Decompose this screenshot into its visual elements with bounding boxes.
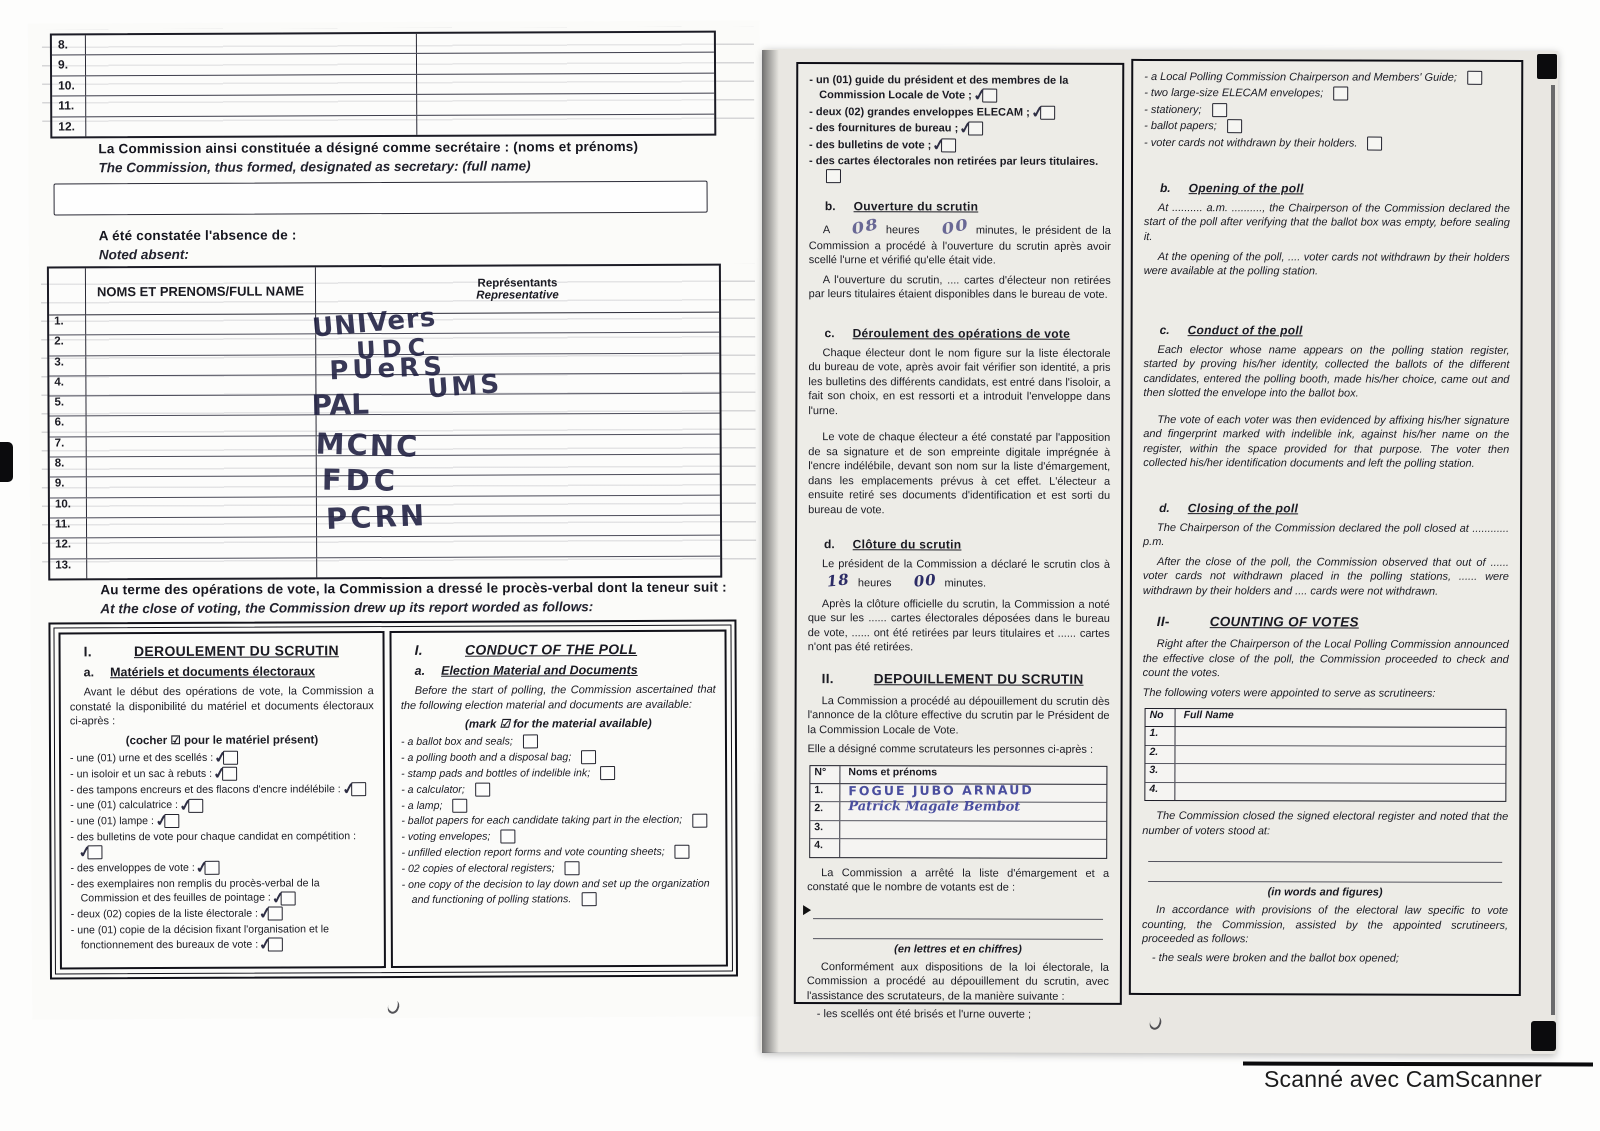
heading-letter: d. [824, 537, 835, 551]
heading-letter: d. [1159, 501, 1170, 515]
closing-paragraph-fr: Le président de la Commission a déclaré … [808, 557, 1110, 592]
material-item-label: - des cartes électorales non retirées pa… [809, 155, 1098, 168]
empty-name-cell [86, 355, 316, 375]
handwritten-party: PAL [311, 388, 369, 422]
row-number: 2. [49, 336, 86, 355]
checkbox [675, 845, 690, 859]
checkbox [968, 122, 983, 136]
material-item: - une (01) calculatrice : [70, 797, 374, 813]
checkbox [205, 861, 220, 875]
scrutineers-header: No Full Name [1146, 709, 1506, 728]
answer-line [813, 921, 1103, 940]
table-row: 12. [52, 114, 714, 136]
checkbox [600, 766, 615, 780]
empty-cell [86, 115, 417, 136]
row-number: 9. [52, 56, 86, 76]
material-item-label: - voter cards not withdrawn by their hol… [1144, 137, 1357, 150]
scrutineer-name: Patrick Magale Bembot [840, 799, 1106, 817]
mark-note-en: (mark ☑ for the material available) [401, 716, 716, 731]
header-representative-fr: Représentants [477, 277, 557, 289]
header-name: Noms et prénoms [840, 766, 1106, 784]
empty-name-cell [87, 456, 317, 476]
scrutineer-name [840, 821, 1106, 839]
material-item-label: - unfilled election report forms and vot… [401, 846, 664, 859]
answer-lines-en [1142, 844, 1508, 883]
material-item-label: - one copy of the decision to lay down a… [402, 877, 710, 905]
row-number: 1. [49, 315, 86, 334]
material-item: - une (01) copie de la décision fixant l… [71, 922, 375, 953]
conduct-heading-en: c. Conduct of the poll [1144, 322, 1510, 337]
checkbox [475, 783, 490, 797]
answer-line [813, 901, 1103, 920]
opening-paragraph-fr: A 08 heures 00 minutes, le président de … [809, 219, 1111, 269]
row-number: 9. [50, 478, 87, 497]
empty-name-cell [86, 335, 316, 355]
right-page: - un (01) guide du président et des memb… [761, 49, 1559, 1054]
material-item: - 02 copies of electoral registers; [401, 860, 716, 876]
empty-cell [86, 54, 417, 75]
header-names: NOMS ET PRENOMS/FULL NAME [86, 267, 316, 314]
representative-cell [316, 394, 719, 415]
section-title-en: I. CONDUCT OF THE POLL [401, 641, 716, 658]
scrutineer-row: 2. [1145, 746, 1505, 765]
handwritten-party: PCRN [325, 498, 427, 536]
paragraph-text: minutes. [944, 577, 986, 589]
conduct-paragraph2-fr: Le vote de chaque électeur a été constat… [808, 430, 1110, 518]
material-item-label: - des fournitures de bureau ; [809, 122, 958, 134]
checkbox [982, 89, 997, 103]
material-item-label: - a lamp; [401, 799, 442, 811]
mark-note-fr: (cocher ☑ pour le matériel présent) [70, 732, 374, 747]
section-title-text: CONDUCT OF THE POLL [465, 641, 637, 658]
scan-artifact [0, 442, 13, 482]
heading-letter: c. [1160, 323, 1170, 337]
row-number: 4. [49, 376, 86, 395]
counting-heading-en: II- COUNTING OF VOTES [1143, 614, 1509, 630]
paragraph-text: A [823, 224, 830, 236]
material-item: - des cartes électorales non retirées pa… [809, 154, 1111, 186]
material-item: - des fournitures de bureau ; [809, 121, 1111, 137]
checkbox [452, 798, 467, 812]
checkbox [1467, 71, 1482, 85]
materials-list-top-fr: - un (01) guide du président et des memb… [809, 73, 1111, 186]
row-number: 12. [52, 117, 86, 137]
subsection-title-fr: a. Matériels et documents électoraux [70, 664, 374, 679]
empty-name-cell [86, 396, 316, 416]
materials-list-en: - a ballot box and seals; - a polling bo… [401, 734, 717, 907]
conduct-column-fr: I. DEROULEMENT DU SCRUTIN a. Matériels e… [58, 631, 385, 969]
row-number: 3. [1145, 764, 1175, 782]
material-item: - un (01) guide du président et des memb… [809, 73, 1111, 105]
empty-cell [417, 94, 714, 115]
conformity-paragraph-fr: Conformément aux dispositions de la loi … [807, 960, 1109, 1004]
members-table-continued: 8. 9. 10. [50, 31, 716, 139]
secretary-label-en: The Commission, thus formed, designated … [98, 158, 530, 175]
representative-cell [317, 536, 720, 557]
handwritten-party: UMS [426, 369, 503, 404]
table-row: 10. [52, 73, 714, 96]
empty-name-cell [87, 416, 317, 436]
material-item: - a lamp; [401, 797, 716, 813]
camscanner-credit: Scanné avec CamScanner [1264, 1066, 1542, 1093]
material-item: - a ballot box and seals; [401, 734, 716, 750]
counting-paragraph2-fr: Elle a désigné comme scrutateurs les per… [807, 742, 1109, 757]
row-number: 8. [50, 457, 87, 476]
empty-cell [86, 95, 417, 116]
absent-table-row: 13. [50, 556, 720, 578]
material-item: - stamp pads and bottles of indelible in… [401, 766, 716, 782]
page-spine-shadow [762, 50, 779, 1053]
material-item-label: - a Local Polling Commission Chairperson… [1144, 71, 1457, 84]
material-item-label: - a polling booth and a disposal bag; [401, 751, 571, 764]
opening-heading-en: b. Opening of the poll [1144, 181, 1510, 196]
section-title-fr: I. DEROULEMENT DU SCRUTIN [70, 642, 374, 659]
scrutineer-name [840, 839, 1106, 857]
closing-heading-fr: d. Clôture du scrutin [808, 537, 1110, 552]
checkbox [281, 891, 296, 905]
paragraph-text: heures [886, 224, 920, 236]
checkbox [87, 845, 102, 859]
checkbox [565, 861, 580, 875]
secretary-label-fr: La Commission ainsi constituée a désigné… [98, 139, 638, 156]
scrutineer-name [1175, 764, 1505, 782]
heading-text: COUNTING OF VOTES [1210, 614, 1359, 629]
conduct-column-en: I. CONDUCT OF THE POLL a. Election Mater… [389, 630, 727, 968]
scrutineer-row: 4. [810, 839, 1106, 857]
row-number: 12. [50, 539, 87, 558]
material-item: - des exemplaires non remplis du procès-… [71, 876, 375, 907]
scrutineer-name: FOGUE JUBO ARNAUD [840, 781, 1106, 800]
paragraph-text: heures [858, 577, 892, 589]
seals-bullet-fr: - les scellés ont été brisés et l'urne o… [817, 1008, 1109, 1021]
header-no: No [1146, 709, 1176, 726]
material-item: - a Local Polling Commission Chairperson… [1144, 70, 1510, 86]
material-item-label: - un isoloir et un sac à rebuts : [70, 768, 212, 781]
subsection-title-text: Matériels et documents électoraux [110, 664, 315, 679]
empty-cell [86, 75, 417, 96]
material-item: - unfilled election report forms and vot… [401, 845, 716, 861]
material-item: - voter cards not withdrawn by their hol… [1144, 136, 1510, 152]
empty-cell [417, 73, 714, 94]
scrutineer-row: 4. [1145, 783, 1505, 801]
section-number: I. [415, 642, 423, 658]
scan-artifact [1531, 1021, 1556, 1051]
material-item-label: - deux (02) grandes enveloppes ELECAM ; [809, 106, 1030, 119]
empty-cell [417, 114, 714, 135]
heading-text: Ouverture du scrutin [854, 199, 979, 213]
checkbox [692, 813, 707, 827]
opening-heading-fr: b. Ouverture du scrutin [809, 199, 1111, 214]
absent-label-fr: A été constatée l'absence de : [99, 227, 297, 243]
counting-paragraph1-fr: La Commission a procédé au dépouillement… [808, 694, 1110, 738]
material-item-label: - un (01) guide du président et des memb… [809, 74, 1068, 102]
material-item: - ballot papers for each candidate takin… [401, 813, 716, 829]
materials-intro-en: Before the start of polling, the Commiss… [401, 683, 716, 714]
material-item: - one copy of the decision to lay down a… [402, 876, 717, 907]
row-number: 8. [52, 35, 86, 55]
material-item-label: - stamp pads and bottles of indelible in… [401, 767, 590, 780]
row-number: 4. [1145, 783, 1175, 801]
answer-line [1148, 844, 1502, 863]
row-number: 7. [50, 437, 87, 456]
material-item-label: - une (01) lampe : [70, 815, 154, 827]
opening-paragraph-en: At .......... a.m. .........., the Chair… [1144, 201, 1510, 246]
material-item: - un isoloir et un sac à rebuts : [70, 766, 374, 782]
closing-paragraph2-en: After the close of the poll, the Commiss… [1143, 555, 1509, 600]
subsection-title-text: Election Material and Documents [441, 663, 638, 678]
scrutineer-row: 1. [1145, 727, 1505, 746]
right-column-fr: - un (01) guide du président et des memb… [794, 62, 1124, 1005]
scrutineer-name [1175, 746, 1505, 764]
empty-cell [417, 33, 714, 54]
heading-text: DEPOUILLEMENT DU SCRUTIN [874, 671, 1084, 687]
answer-line [1148, 864, 1502, 883]
material-item-label: - voting envelopes; [401, 831, 490, 843]
counting-paragraph2-en: The following voters were appointed to s… [1143, 686, 1509, 701]
empty-cell [86, 34, 417, 55]
row-number: 6. [50, 417, 87, 436]
empty-name-cell [86, 314, 316, 334]
checkbox [523, 735, 538, 749]
empty-name-cell [87, 538, 317, 558]
checkbox [1367, 136, 1382, 150]
table-row: 8. [52, 33, 714, 56]
table-row: 11. [52, 94, 714, 117]
scanned-document-canvas: 8. 9. 10. [0, 0, 1600, 1131]
material-item: - voting envelopes; [401, 829, 716, 845]
scrutineer-row: 3. [810, 821, 1106, 840]
conduct-of-poll-box: I. DEROULEMENT DU SCRUTIN a. Matériels e… [48, 620, 738, 980]
row-number: 1. [810, 784, 840, 802]
conduct-paragraph1-fr: Chaque électeur dont le nom figure sur l… [808, 346, 1110, 419]
words-figures-fr: (en lettres et en chiffres) [807, 943, 1109, 956]
heading-text: Conduct of the poll [1188, 323, 1303, 337]
scrutineer-name [1175, 727, 1505, 745]
empty-name-cell [87, 497, 317, 517]
material-item-label: - des tampons encreurs et des flacons d'… [70, 783, 341, 796]
subsection-letter: a. [415, 664, 425, 678]
heading-number: II- [1157, 614, 1170, 629]
material-item-label: - une (01) urne et des scellés : [70, 752, 213, 765]
header-no: N° [810, 766, 840, 783]
conduct-paragraph1-en: Each elector whose name appears on the p… [1143, 342, 1509, 401]
fr-scrutineers-table: N° Noms et prénoms 1. FOGUE JUBO ARNAUD … [809, 765, 1107, 859]
material-item-label: - 02 copies of electoral registers; [401, 862, 554, 875]
paragraph-text: Le président de la Commission a déclaré … [822, 558, 1110, 571]
scrutineer-row: 3. [1145, 764, 1505, 783]
voters-count-paragraph-en: The Commission closed the signed elector… [1142, 809, 1508, 839]
row-number: 3. [49, 356, 86, 375]
empty-cell [417, 53, 714, 74]
material-item: - des enveloppes de vote : [70, 860, 374, 876]
material-item: - des bulletins de vote pour chaque cand… [70, 829, 374, 860]
checkbox [581, 750, 596, 764]
answer-lines-fr [807, 901, 1109, 940]
conduct-heading-fr: c. Déroulement des opérations de vote [809, 326, 1111, 341]
en-scrutineers-table: No Full Name 1. 2. [1144, 708, 1506, 802]
handwritten-party: FDC [322, 463, 400, 498]
heading-letter: c. [825, 326, 835, 340]
checkbox [188, 798, 203, 812]
opening-paragraph2-fr: A l'ouverture du scrutin, .... cartes d'… [809, 273, 1111, 303]
row-number: 11. [52, 97, 86, 117]
material-item: - une (01) lampe : [70, 813, 374, 829]
heading-number: II. [822, 671, 834, 686]
seals-bullet-en: - the seals were broken and the ballot b… [1152, 952, 1508, 965]
heading-text: Closing of the poll [1188, 501, 1298, 515]
handwritten-party: MCNC [315, 427, 420, 464]
checkbox [223, 751, 238, 765]
material-item: - stationery; [1144, 103, 1510, 119]
header-name: Full Name [1176, 709, 1506, 727]
material-item-label: - stationery; [1144, 104, 1202, 116]
checkbox [268, 938, 283, 952]
heading-text: Déroulement des opérations de vote [853, 326, 1071, 341]
checkbox [1040, 106, 1055, 120]
materials-list-fr: - une (01) urne et des scellés : - un is… [70, 750, 375, 953]
voters-count-paragraph-fr: La Commission a arrêté la liste d'émarge… [807, 866, 1109, 896]
checkbox [351, 782, 366, 796]
accordance-paragraph-en: In accordance with provisions of the ele… [1142, 903, 1508, 948]
material-item-label: - des bulletins de vote pour chaque cand… [70, 830, 356, 843]
material-item-label: - a ballot box and seals; [401, 736, 513, 748]
material-item-label: - ballot papers for each candidate takin… [401, 814, 682, 827]
material-item: - deux (02) copies de la liste électoral… [71, 906, 375, 922]
checkbox [164, 814, 179, 828]
material-item-label: - deux (02) copies de la liste électoral… [71, 908, 258, 921]
subsection-letter: a. [84, 665, 94, 679]
scan-artifact [1551, 85, 1555, 1015]
checkbox [581, 892, 596, 906]
absent-table-row: 12. [50, 536, 720, 559]
checkbox [222, 767, 237, 781]
scrutineer-name [1175, 783, 1505, 801]
heading-letter: b. [1160, 181, 1171, 195]
empty-name-cell [87, 436, 317, 456]
words-figures-en: (in words and figures) [1142, 886, 1508, 899]
material-item-label: - des bulletins de vote ; [809, 139, 931, 151]
representative-cell [317, 556, 720, 577]
section-number: I. [84, 643, 92, 659]
checkbox [941, 138, 956, 152]
empty-name-cell [87, 558, 317, 578]
material-item-label: - ballot papers; [1144, 120, 1217, 132]
empty-name-cell [87, 517, 317, 537]
row-number: 10. [50, 498, 87, 517]
right-column-en: - a Local Polling Commission Chairperson… [1129, 59, 1523, 996]
header-representative: Représentants Representative [316, 266, 719, 314]
secretary-name-field [54, 181, 708, 216]
heading-text: Clôture du scrutin [853, 537, 962, 551]
materials-intro-fr: Avant le début des opérations de vote, l… [70, 684, 374, 729]
material-item-label: - two large-size ELECAM envelopes; [1144, 87, 1323, 99]
opening-paragraph2-en: At the opening of the poll, .... voter c… [1144, 249, 1510, 279]
materials-list-top-en: - a Local Polling Commission Chairperson… [1144, 70, 1510, 152]
row-number: 10. [52, 76, 86, 96]
close-of-voting-fr: Au terme des opérations de vote, la Comm… [100, 580, 727, 598]
heading-letter: b. [825, 199, 836, 213]
empty-name-cell [86, 375, 316, 395]
absent-table-row: 5. [49, 394, 719, 417]
row-number: 5. [49, 397, 86, 416]
section-title-text: DEROULEMENT DU SCRUTIN [134, 642, 339, 659]
checkbox [268, 907, 283, 921]
material-item-label: - a calculator; [401, 783, 465, 795]
row-number: 1. [1145, 727, 1175, 745]
material-item: - two large-size ELECAM envelopes; [1144, 86, 1510, 102]
row-number: 4. [810, 839, 840, 857]
row-number: 2. [810, 802, 840, 820]
material-item: - a polling booth and a disposal bag; [401, 750, 716, 766]
header-representative-en: Representative [476, 289, 559, 301]
checkbox [500, 830, 515, 844]
close-of-voting-en: At the close of voting, the Commission d… [100, 599, 593, 616]
handwritten-minutes: 00 [899, 570, 938, 593]
row-number: 3. [810, 821, 840, 839]
left-page: 8. 9. 10. [28, 20, 764, 1019]
material-item: - a calculator; [401, 781, 716, 797]
counting-heading-fr: II. DEPOUILLEMENT DU SCRUTIN [808, 671, 1110, 687]
material-item-label: - une (01) copie de la décision fixant l… [71, 923, 329, 951]
conduct-of-poll-inner: I. DEROULEMENT DU SCRUTIN a. Matériels e… [53, 625, 733, 975]
heading-text: Opening of the poll [1189, 181, 1304, 195]
header-number-cell [49, 268, 86, 314]
counting-paragraph1-en: Right after the Chairperson of the Local… [1143, 637, 1509, 682]
checkbox [826, 170, 841, 184]
handwritten-hours: 18 [812, 570, 851, 593]
subsection-title-en: a. Election Material and Documents [401, 663, 716, 678]
scrutineer-row: 2. Patrick Magale Bembot [810, 802, 1106, 821]
row-number: 13. [50, 559, 87, 578]
closing-paragraph2-fr: Après la clôture officielle du scrutin, … [808, 597, 1110, 656]
checkbox [1227, 119, 1242, 133]
material-item-label: - une (01) calculatrice : [70, 799, 178, 811]
empty-name-cell [87, 477, 317, 497]
closing-paragraph-en: The Chairperson of the Commission declar… [1143, 521, 1509, 551]
material-item: - ballot papers; [1144, 119, 1510, 135]
checkbox [1333, 87, 1348, 101]
closing-heading-en: d. Closing of the poll [1143, 501, 1509, 516]
checkbox [1212, 103, 1227, 117]
material-item: - des tampons encreurs et des flacons d'… [70, 782, 374, 798]
table-row: 9. [52, 53, 714, 76]
ink-blot [803, 905, 811, 915]
scan-artifact [1537, 54, 1557, 79]
row-number: 11. [50, 518, 87, 537]
row-number: 2. [1145, 746, 1175, 764]
conduct-paragraph2-en: The vote of each voter was then evidence… [1143, 413, 1509, 472]
absent-label-en: Noted absent: [99, 247, 189, 262]
